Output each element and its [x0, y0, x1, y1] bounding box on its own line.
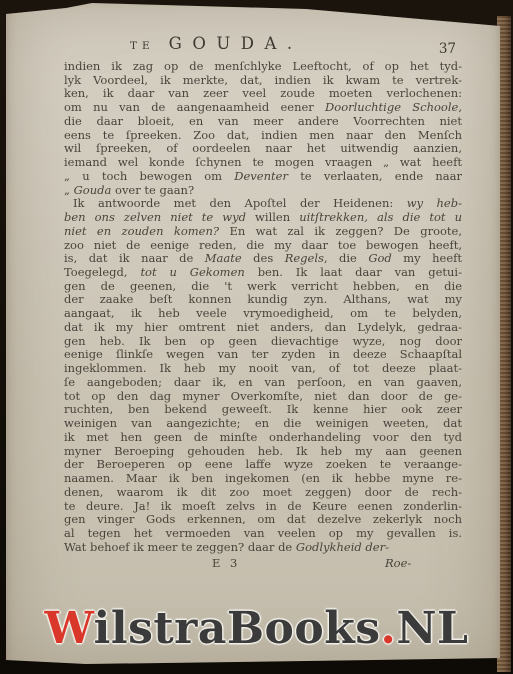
text-line: dat ik my hier omtrent niet anders, dan …: [64, 321, 462, 335]
text-line: tot op den dag myner Overkomſte, niet da…: [64, 390, 462, 404]
text-line: om nu van de aangenaamheid eener Doorluc…: [64, 101, 462, 115]
text-line: zoo niet de eenige reden, die my daar to…: [64, 239, 462, 253]
text-line: „ u toch bewogen om Deventer te verlaate…: [64, 170, 462, 184]
watermark: WilstraBooks.NL: [0, 603, 513, 654]
text-line: Ik antwoorde met den Apoſtel der Heidene…: [64, 197, 462, 211]
watermark-dot: .: [381, 603, 397, 654]
text-line: ingeklommen. Ik heb my nooit van, of tot…: [64, 362, 462, 376]
text-line: iemand wel konde ſchynen te mogen vraage…: [64, 156, 462, 170]
text-line: gen de geenen, die 't werk verricht hebb…: [64, 280, 462, 294]
text-line: gen heb. Ik ben op geen dievachtige wyze…: [64, 335, 462, 349]
text-line: eens te ſpreeken. Zoo dat, indien men na…: [64, 129, 462, 143]
text-line: Wat behoef ik meer te zeggen? daar de Go…: [64, 541, 462, 555]
text-line: aangaat, ik heb veele vrymoedigheid, om …: [64, 307, 462, 321]
book-photo: TE GOUDA. 37 indien ik zag op de menſchl…: [0, 0, 513, 674]
text-line: der zaake beſt konnen kundig zyn. Althan…: [64, 293, 462, 307]
page-number: 37: [439, 41, 456, 57]
text-line: wil ſpreeken, of oordeelen naar het uitw…: [64, 142, 462, 156]
text-line: der Beroeperen op eene laffe wyze zoeken…: [64, 458, 462, 472]
header-prefix: TE: [130, 40, 155, 52]
page-sheet: TE GOUDA. 37 indien ik zag op de menſchl…: [0, 0, 513, 674]
text-line: is, dat ik naar de Maate des Regels, die…: [64, 252, 462, 266]
text-line: weinigen van aangezichte; en die weinige…: [64, 417, 462, 431]
text-line: ben ons zelven niet te wyd willen uitſtr…: [64, 211, 462, 225]
signature-mark: E 3: [212, 556, 240, 570]
text-line: al tegen het vermoeden van veelen op my …: [64, 527, 462, 541]
text-line: niet en zouden komen? En wat zal ik zegg…: [64, 225, 462, 239]
body-text: indien ik zag op de menſchlyke Leeftocht…: [64, 60, 462, 554]
text-line: denen, waarom ik dit zoo moet zeggen) do…: [64, 486, 462, 500]
text-line: Toegelegd, tot u Gekomen ben. Ik laat da…: [64, 266, 462, 280]
book-page: TE GOUDA. 37 indien ik zag op de menſchl…: [6, 0, 500, 674]
header-title: GOUDA.: [169, 34, 303, 53]
text-line: die daar bloeit, en van meer andere Voor…: [64, 115, 462, 129]
text-line: gen vinger Gods erkennen, om dat dezelve…: [64, 513, 462, 527]
text-line: te deure. Ja! ik moeſt zelvs in de Keure…: [64, 500, 462, 514]
text-line: „ Gouda over te gaan?: [64, 184, 462, 198]
text-line: indien ik zag op de menſchlyke Leeftocht…: [64, 60, 462, 74]
text-line: ken, ik daar van zeer veel zoude moeten …: [64, 87, 462, 101]
text-line: ſe aangeboden; daar ik, en van perſoon, …: [64, 376, 462, 390]
running-header: TE GOUDA. 37: [64, 34, 462, 53]
text-line: naamen. Maar ik ben ingekomen (en ik heb…: [64, 472, 462, 486]
watermark-initial: W: [45, 603, 94, 654]
text-line: myner Beroeping gehouden heb. Ik heb my …: [64, 445, 462, 459]
text-line: ruchten, ben bekend geweeſt. Ik kenne hi…: [64, 403, 462, 417]
text-line: eenige ſlinkſe wegen van ter zyden in de…: [64, 348, 462, 362]
text-line: lyk Voordeel, ik merkte, dat, indien ik …: [64, 74, 462, 88]
watermark-name: ilstraBooks: [94, 603, 381, 654]
watermark-tld: NL: [396, 603, 468, 654]
catchword: Roe-: [385, 556, 411, 570]
text-line: ik met hen geen de minſte onderhandeling…: [64, 431, 462, 445]
